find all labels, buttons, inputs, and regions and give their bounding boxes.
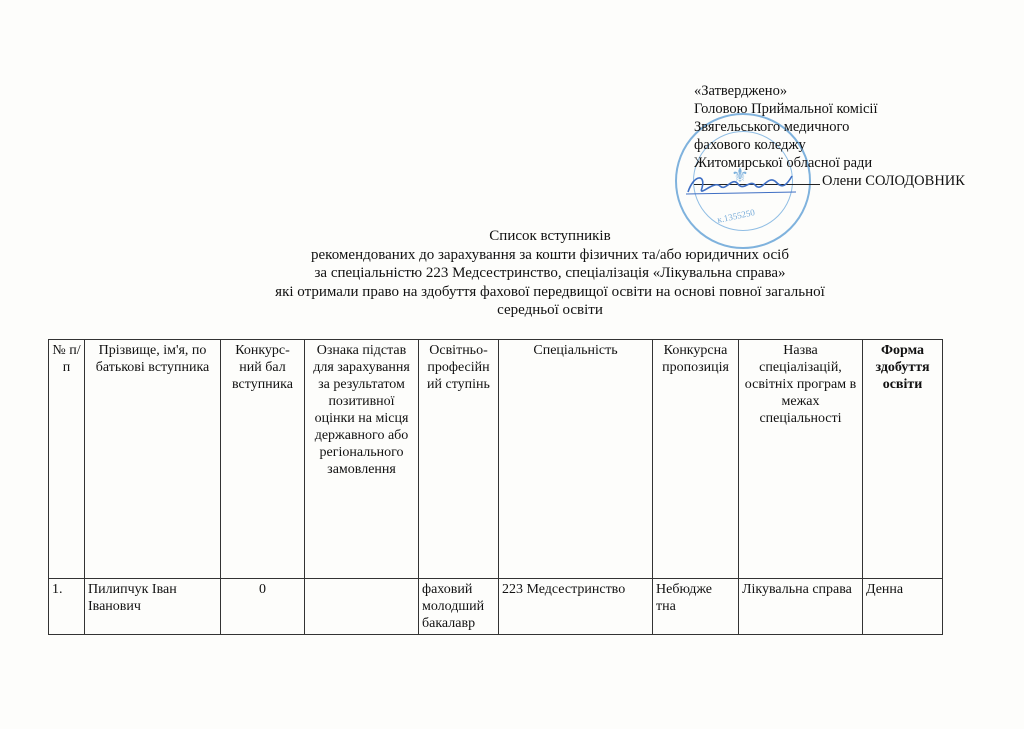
handwritten-signature-icon (684, 170, 804, 200)
cell-num: 1. (49, 579, 85, 635)
title-heading: Список вступників (0, 227, 1024, 246)
cell-name: Пилипчук Іван Іванович (85, 579, 221, 635)
header-specialty: Спеціальність (499, 340, 653, 579)
header-offer: Конкурсна пропозиція (653, 340, 739, 579)
header-degree: Освітньо-професійн ий ступінь (419, 340, 499, 579)
cell-specialization: Лікувальна справа (739, 579, 863, 635)
header-form: Форма здобуття освіти (863, 340, 943, 579)
header-score: Конкурс-ний бал вступника (221, 340, 305, 579)
header-specialization: Назва спеціалізацій, освітніх програм в … (739, 340, 863, 579)
header-basis: Ознака підстав для зарахування за резуль… (305, 340, 419, 579)
cell-specialty: 223 Медсестринство (499, 579, 653, 635)
signatory-name: Олени СОЛОДОВНИК (822, 173, 965, 189)
approval-line: «Затверджено» (694, 82, 965, 100)
header-name: Прізвище, ім'я, по батькові вступника (85, 340, 221, 579)
approval-line: Звягельського медичного (694, 118, 965, 136)
table-row: 1. Пилипчук Іван Іванович 0 фаховий моло… (49, 579, 943, 635)
cell-form: Денна (863, 579, 943, 635)
title-line: за спеціальністю 223 Медсестринство, спе… (0, 264, 1024, 283)
title-line: рекомендованих до зарахування за кошти ф… (0, 246, 1024, 265)
applicants-table: № п/ п Прізвище, ім'я, по батькові вступ… (48, 339, 943, 635)
header-num: № п/ п (49, 340, 85, 579)
cell-basis (305, 579, 419, 635)
cell-offer: Небюдже тна (653, 579, 739, 635)
title-line: які отримали право на здобуття фахової п… (0, 283, 1024, 302)
document-title: Список вступників рекомендованих до зара… (0, 227, 1024, 320)
title-line: середньої освіти (0, 301, 1024, 320)
approval-line: фахового коледжу (694, 136, 965, 154)
approval-line: Головою Приймальної комісії (694, 100, 965, 118)
table-header-row: № п/ п Прізвище, ім'я, по батькові вступ… (49, 340, 943, 579)
cell-score: 0 (221, 579, 305, 635)
cell-degree: фаховий молодший бакалавр (419, 579, 499, 635)
